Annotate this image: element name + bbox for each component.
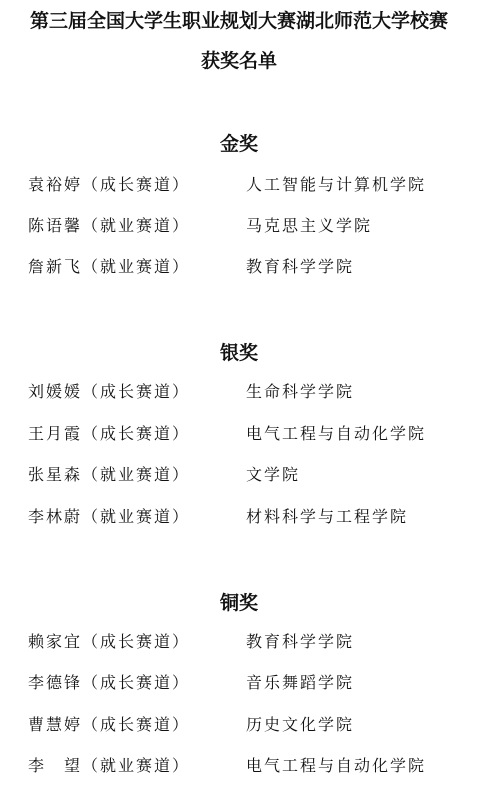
- winner-name: 刘媛媛（成长赛道）: [28, 379, 190, 402]
- winner-school: 电气工程与自动化学院: [246, 421, 426, 444]
- winner-school: 马克思主义学院: [246, 213, 372, 236]
- winner-name: 李林蔚（就业赛道）: [28, 504, 190, 527]
- section-heading-gold: 金奖: [0, 129, 478, 156]
- document-title: 第三届全国大学生职业规划大赛湖北师范大学校赛: [0, 6, 478, 33]
- winner-name: 詹新飞（就业赛道）: [28, 254, 190, 277]
- document-subtitle: 获奖名单: [0, 46, 478, 73]
- winner-school: 文学院: [246, 462, 300, 485]
- winner-name: 李 望（就业赛道）: [28, 753, 190, 776]
- winner-name: 李德锋（成长赛道）: [28, 670, 190, 693]
- winner-school: 材料科学与工程学院: [246, 504, 408, 527]
- winner-name: 张星森（就业赛道）: [28, 462, 190, 485]
- winner-name: 赖家宜（成长赛道）: [28, 629, 190, 652]
- winner-school: 电气工程与自动化学院: [246, 753, 426, 776]
- section-heading-silver: 银奖: [0, 338, 478, 365]
- winner-name: 王月霞（成长赛道）: [28, 421, 190, 444]
- winner-school: 人工智能与计算机学院: [246, 172, 426, 195]
- winner-school: 音乐舞蹈学院: [246, 670, 354, 693]
- winner-school: 教育科学学院: [246, 254, 354, 277]
- winner-name: 袁裕婷（成长赛道）: [28, 172, 190, 195]
- section-heading-bronze: 铜奖: [0, 588, 478, 615]
- winner-name: 陈语馨（就业赛道）: [28, 213, 190, 236]
- winner-name: 曹慧婷（成长赛道）: [28, 712, 190, 735]
- winner-school: 生命科学学院: [246, 379, 354, 402]
- winner-school: 教育科学学院: [246, 629, 354, 652]
- winner-school: 历史文化学院: [246, 712, 354, 735]
